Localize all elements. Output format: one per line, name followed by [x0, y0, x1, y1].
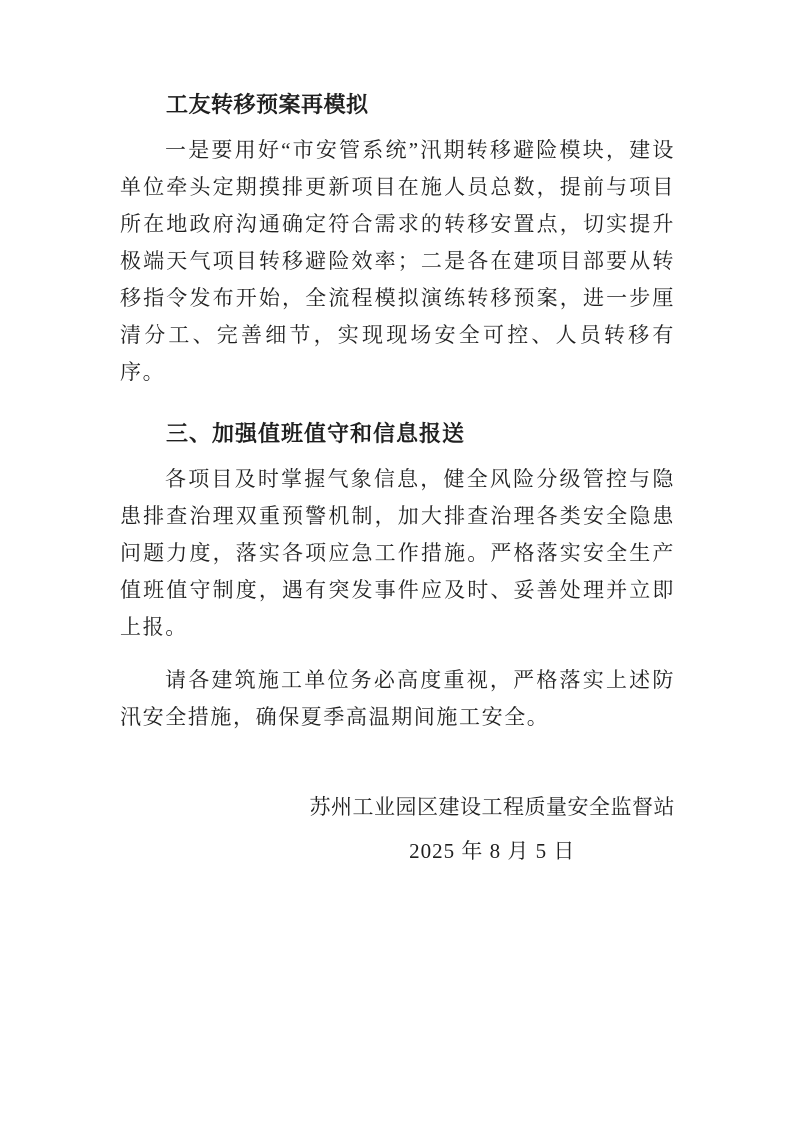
paragraph-closing-request: 请各建筑施工单位务必高度重视，严格落实上述防汛安全措施，确保夏季高温期间施工安全…: [120, 662, 675, 736]
section-heading-duty-reporting: 三、加强值班值守和信息报送: [120, 415, 675, 452]
subheading-worker-transfer-drill: 工友转移预案再模拟: [120, 86, 675, 123]
paragraph-transfer-plan: 一是要用好“市安管系统”汛期转移避险模块，建设单位牵头定期摸排更新项目在施人员总…: [120, 132, 675, 391]
paragraph-duty-reporting: 各项目及时掌握气象信息，健全风险分级管控与隐患排查治理双重预警机制，加大排查治理…: [120, 461, 675, 646]
signature-block: 苏州工业园区建设工程质量安全监督站 2025 年 8 月 5 日: [120, 794, 675, 864]
signature-date: 2025 年 8 月 5 日: [310, 838, 676, 864]
document-page: 工友转移预案再模拟 一是要用好“市安管系统”汛期转移避险模块，建设单位牵头定期摸…: [0, 0, 793, 1122]
signature-inner: 苏州工业园区建设工程质量安全监督站 2025 年 8 月 5 日: [310, 794, 676, 864]
signature-organization: 苏州工业园区建设工程质量安全监督站: [310, 794, 676, 820]
